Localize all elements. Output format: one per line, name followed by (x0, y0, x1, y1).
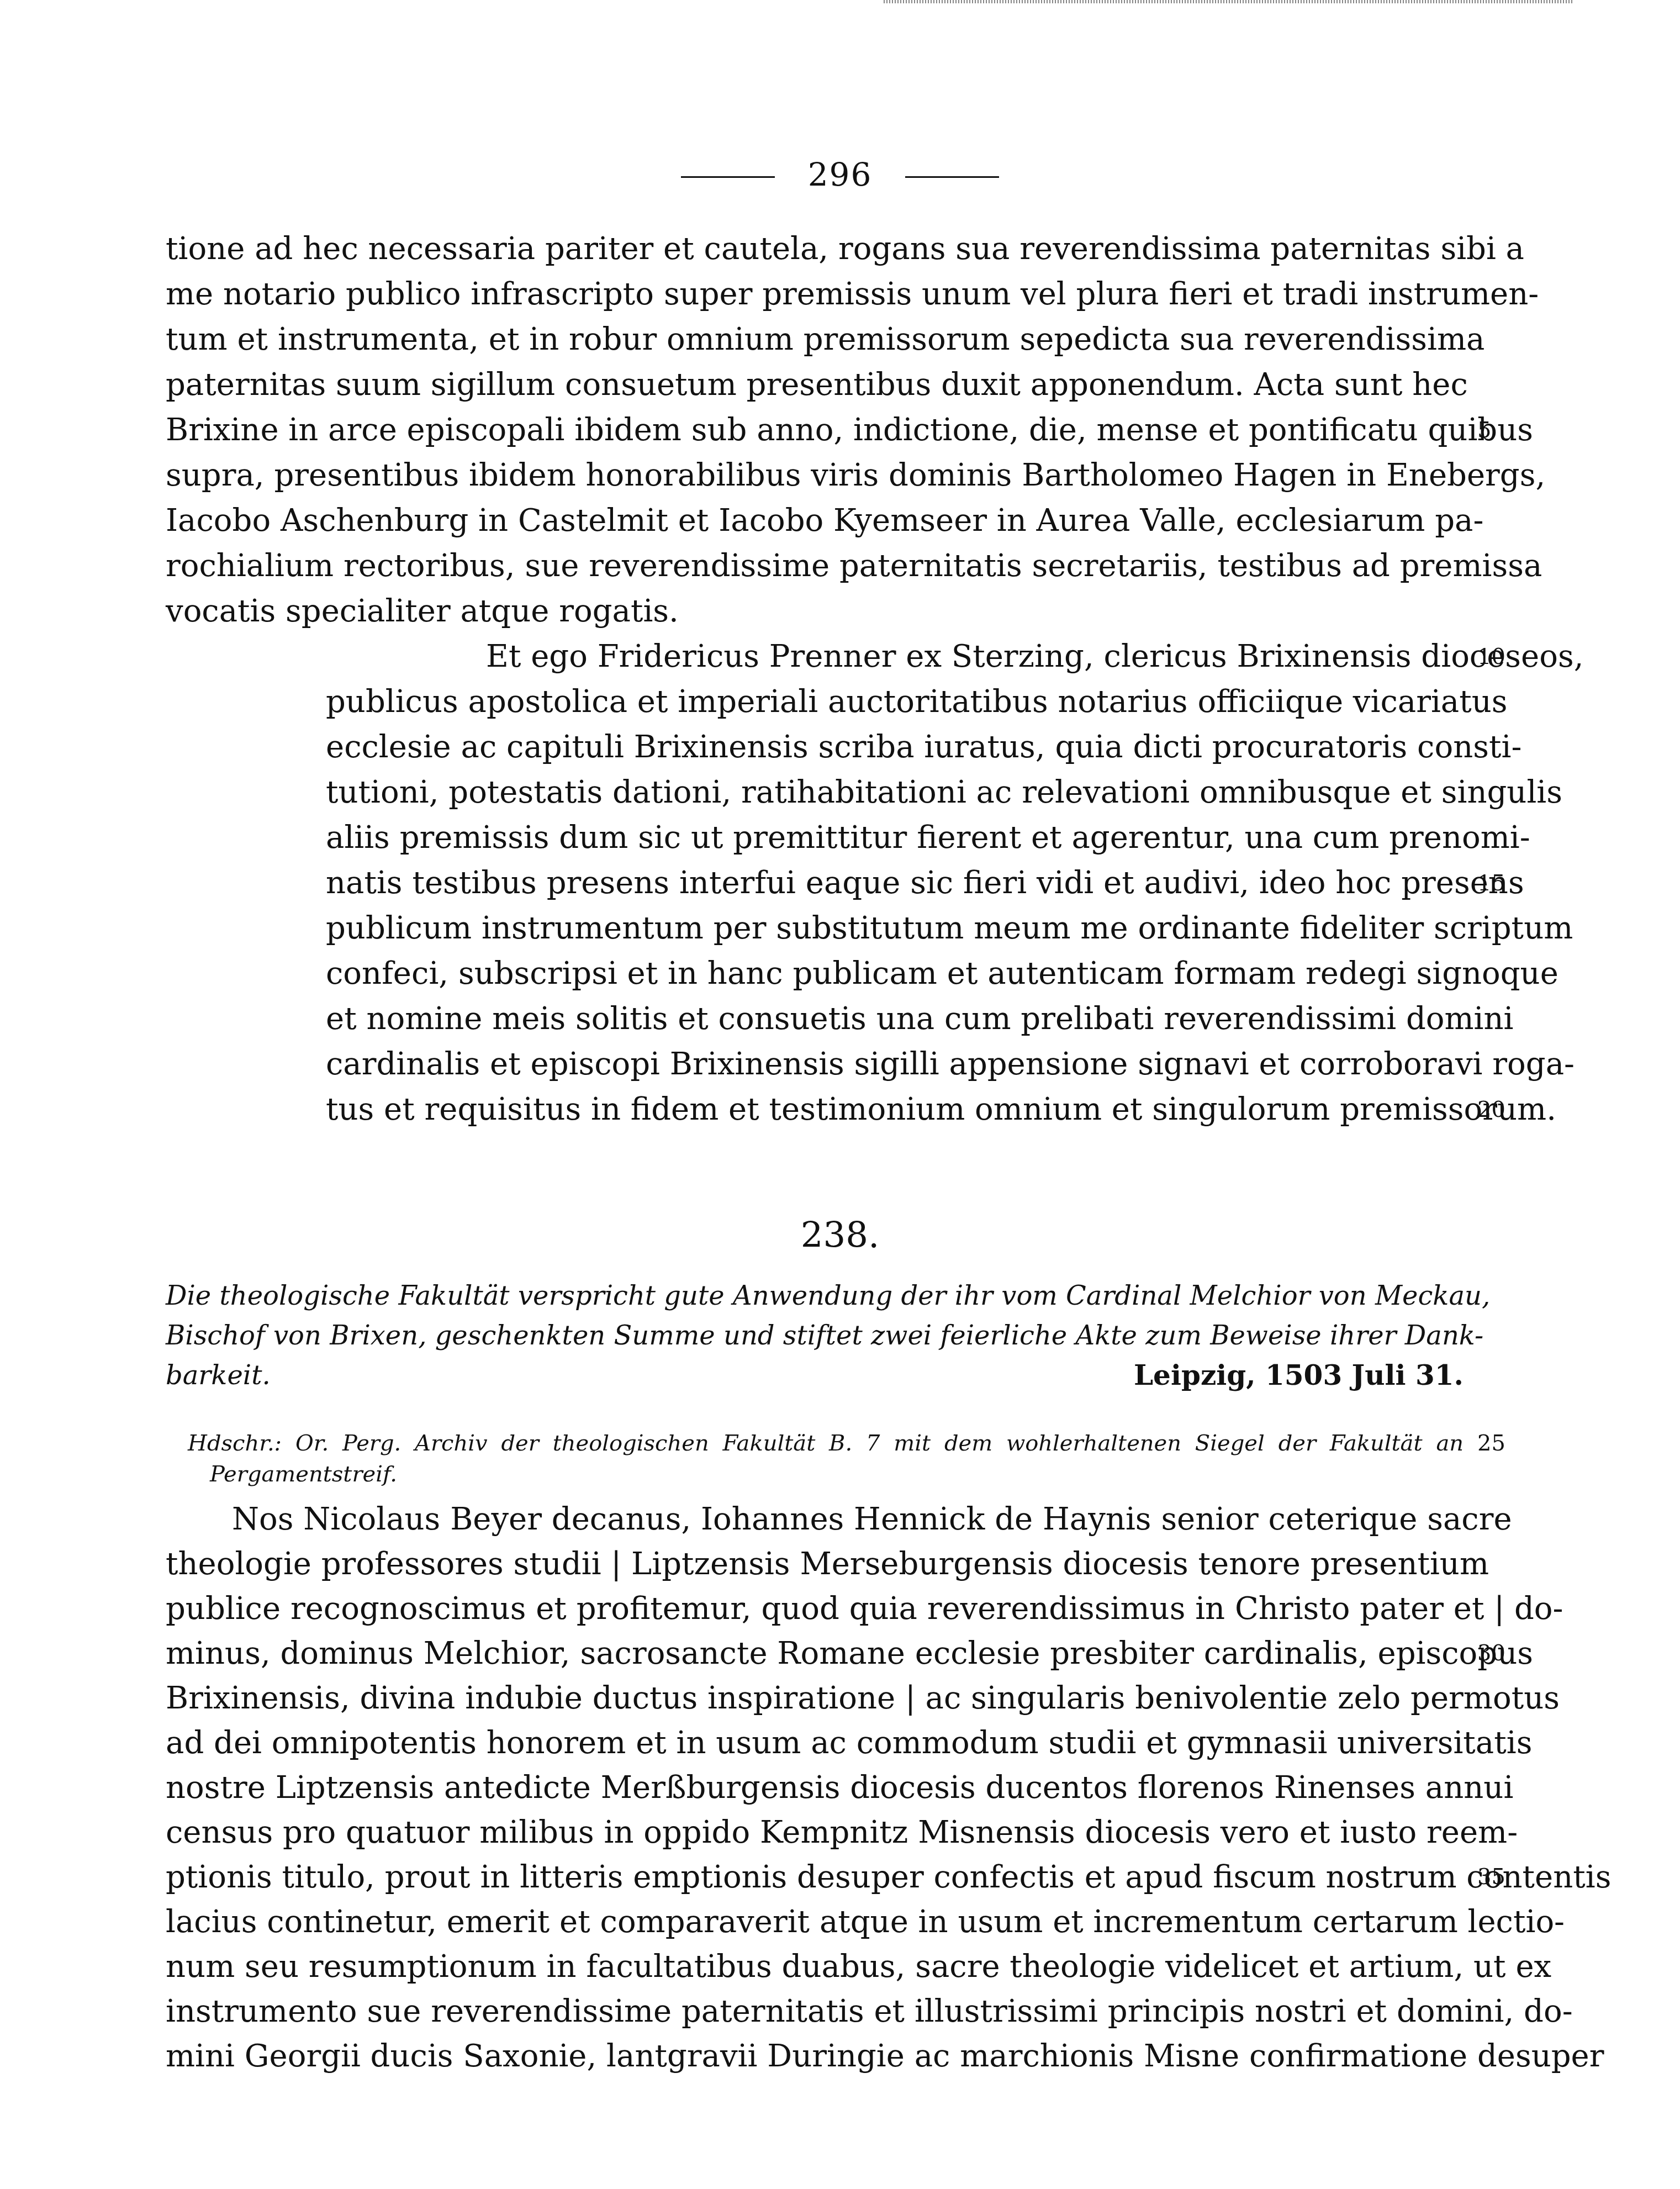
text-line: lacius continetur, emerit et comparaveri… (166, 1900, 1464, 1944)
text-line: Et ego Fridericus Prenner ex Sterzing, c… (326, 634, 1464, 679)
text-line: ecclesie ac capituli Brixinensis scriba … (326, 725, 1464, 770)
regest-line: barkeit.Leipzig, 1503 Juli 31. (166, 1355, 1464, 1395)
text-line: me notario publico infrascripto super pr… (166, 272, 1464, 317)
text-line: tum et instrumenta, et in robur omnium p… (166, 317, 1464, 362)
line-number: 30 (1477, 1631, 1505, 1676)
text-line: aliis premissis dum sic ut premittitur f… (326, 815, 1464, 861)
page-number-dash-left (681, 176, 775, 178)
line-number: 15 (1477, 861, 1505, 906)
line-number: 25 (1477, 1428, 1505, 1459)
line-number: 5 (1477, 408, 1491, 453)
regest-line: Bischof von Brixen, geschenkten Summe un… (166, 1316, 1464, 1355)
text-line: tione ad hec necessaria pariter et caute… (166, 226, 1464, 272)
regest-summary: Die theologische Fakultät verspricht gut… (166, 1276, 1464, 1395)
text-line: num seu resumptionum in facultatibus dua… (166, 1944, 1464, 1989)
text-line: Iacobo Aschenburg in Castelmit et Iacobo… (166, 498, 1464, 544)
page-number: 296 (0, 156, 1680, 193)
dateline: Leipzig, 1503 Juli 31. (1134, 1355, 1464, 1395)
text-line: supra, presentibus ibidem honorabilibus … (166, 453, 1464, 498)
text-line: confeci, subscripsi et in hanc publicam … (326, 951, 1464, 996)
text-line: Brixinensis, divina indubie ductus inspi… (166, 1676, 1464, 1721)
document-number: 238. (0, 1215, 1680, 1256)
section1-text: tione ad hec necessaria pariter et caute… (166, 226, 1464, 634)
apparatus-line: Pergamentstreif. (188, 1459, 1464, 1490)
text-line: ptionis titulo, prout in litteris emptio… (166, 1855, 1464, 1900)
section2-text: Nos Nicolaus Beyer decanus, Iohannes Hen… (166, 1497, 1464, 2079)
text-line: natis testibus presens interfui eaque si… (326, 861, 1464, 906)
text-line: census pro quatuor milibus in oppido Kem… (166, 1810, 1464, 1855)
apparatus-line: Hdschr.: Or. Perg. Archiv der theologisc… (188, 1428, 1464, 1459)
scan-edge-artifact (884, 0, 1574, 3)
text-line: tus et requisitus in fidem et testimoniu… (326, 1087, 1464, 1132)
source-apparatus: Hdschr.: Or. Perg. Archiv der theologisc… (188, 1428, 1464, 1490)
text-line: instrumento sue reverendissime paternita… (166, 1989, 1464, 2034)
line-number: 20 (1477, 1087, 1505, 1132)
text-line: rochialium rectoribus, sue reverendissim… (166, 544, 1464, 589)
text-line: publicus apostolica et imperiali auctori… (326, 679, 1464, 725)
line-number: 35 (1477, 1855, 1505, 1900)
regest-line: Die theologische Fakultät verspricht gut… (166, 1276, 1464, 1316)
line-number: 10 (1477, 634, 1505, 679)
text-line: vocatis specialiter atque rogatis. (166, 589, 1464, 634)
text-line: mini Georgii ducis Saxonie, lantgravii D… (166, 2034, 1464, 2079)
page-number-dash-right (905, 176, 999, 178)
text-line: minus, dominus Melchior, sacrosancte Rom… (166, 1631, 1464, 1676)
text-line: Nos Nicolaus Beyer decanus, Iohannes Hen… (166, 1497, 1464, 1542)
text-line: publice recognoscimus et profitemur, quo… (166, 1586, 1464, 1631)
text-line: publicum instrumentum per substitutum me… (326, 906, 1464, 951)
text-line: et nomine meis solitis et consuetis una … (326, 996, 1464, 1042)
text-line: ad dei omnipotentis honorem et in usum a… (166, 1721, 1464, 1765)
text-line: cardinalis et episcopi Brixinensis sigil… (326, 1042, 1464, 1087)
notary-subscription: Et ego Fridericus Prenner ex Sterzing, c… (326, 634, 1464, 1132)
text-line: theologie professores studii | Liptzensi… (166, 1542, 1464, 1586)
text-line: Brixine in arce episcopali ibidem sub an… (166, 408, 1464, 453)
text-line: tutioni, potestatis dationi, ratihabitat… (326, 770, 1464, 815)
text-line: nostre Liptzensis antedicte Merßburgensi… (166, 1765, 1464, 1810)
text-line: paternitas suum sigillum consuetum prese… (166, 362, 1464, 408)
page-number-text: 296 (808, 156, 873, 193)
